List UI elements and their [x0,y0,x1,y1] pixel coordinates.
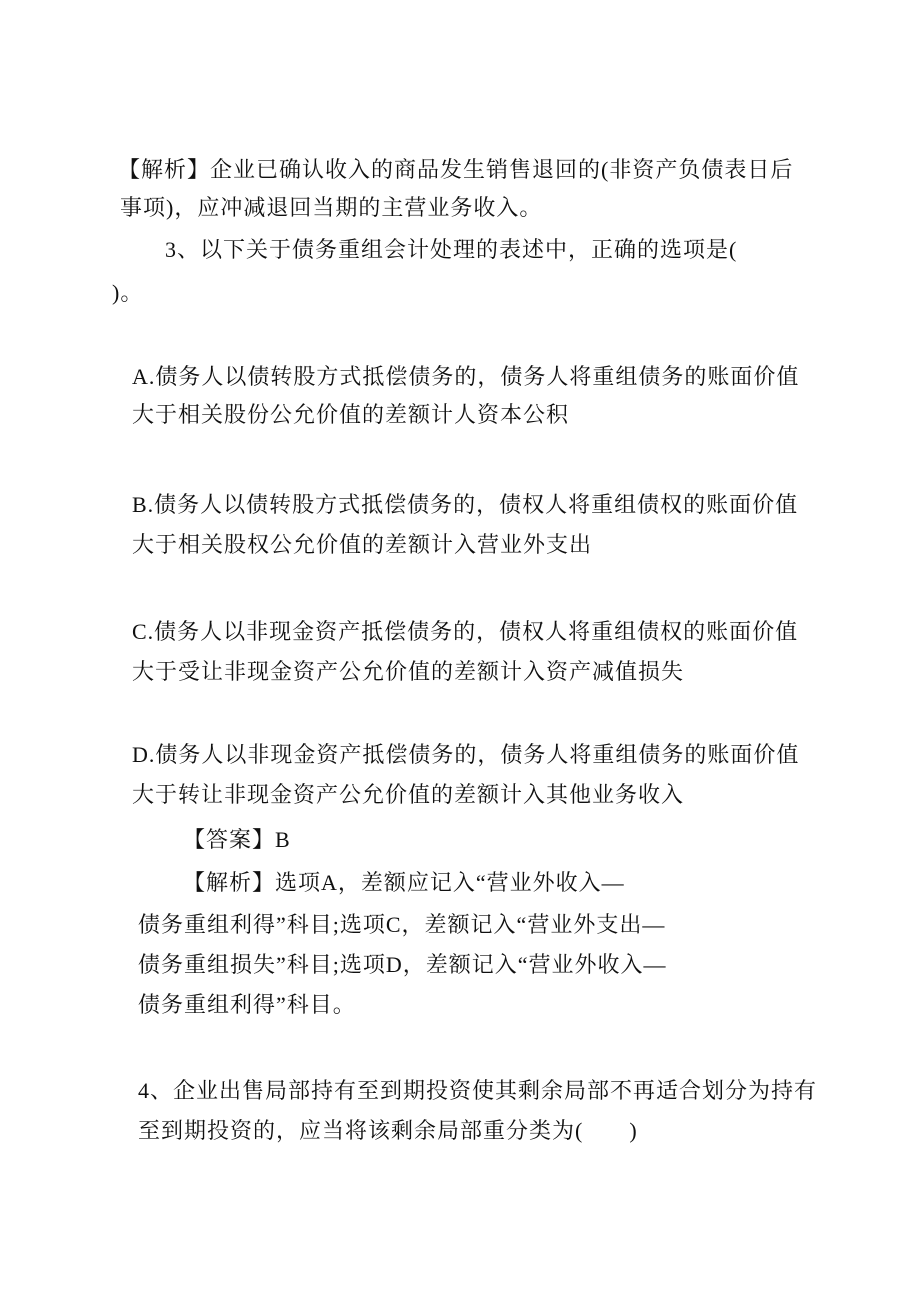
question3-stem-line-1: 3、以下关于债务重组会计处理的表述中，正确的选项是( [165,230,737,270]
question3-analysis-line-3: 债务重组损失”科目;选项D，差额记入“营业外收入— [138,945,667,985]
question3-option-a-line-2: 大于相关股份公允价值的差额计人资本公积 [132,395,569,435]
question3-answer-line: 【答案】B [183,820,291,860]
question3-analysis-line-2: 债务重组利得”科目;选项C，差额记入“营业外支出— [138,905,665,945]
question4-stem-line-2: 至到期投资的，应当将该剩余局部重分类为( ) [138,1111,638,1151]
prev-explanation-line-1: 【解析】企业已确认收入的商品发生销售退回的(非资产负债表日后 [118,150,793,190]
question3-option-c-line-2: 大于受让非现金资产公允价值的差额计入资产减值损失 [132,652,684,692]
question4-stem-line-1: 4、企业出售局部持有至到期投资使其剩余局部不再适合划分为持有 [138,1071,817,1111]
question3-analysis-line-4: 债务重组利得”科目。 [138,985,356,1025]
prev-explanation-line-2: 事项)，应冲减退回当期的主营业务收入。 [120,188,542,228]
question3-analysis-line-1: 【解析】选项A，差额应记入“营业外收入— [183,863,625,903]
question3-option-d-line-2: 大于转让非现金资产公允价值的差额计入其他业务收入 [132,775,684,815]
question3-option-b-line-1: B.债务人以债转股方式抵偿债务的，债权人将重组债权的账面价值 [132,485,798,525]
document-page: 【解析】企业已确认收入的商品发生销售退回的(非资产负债表日后 事项)，应冲减退回… [0,0,920,1302]
question3-option-d-line-1: D.债务人以非现金资产抵偿债务的，债务人将重组债务的账面价值 [132,735,799,775]
question3-option-c-line-1: C.债务人以非现金资产抵偿债务的，债权人将重组债权的账面价值 [132,612,798,652]
question3-option-b-line-2: 大于相关股权公允价值的差额计入营业外支出 [132,525,592,565]
question3-option-a-line-1: A.债务人以债转股方式抵偿债务的，债务人将重组债务的账面价值 [132,357,799,397]
question3-stem-line-2: )。 [112,273,143,313]
